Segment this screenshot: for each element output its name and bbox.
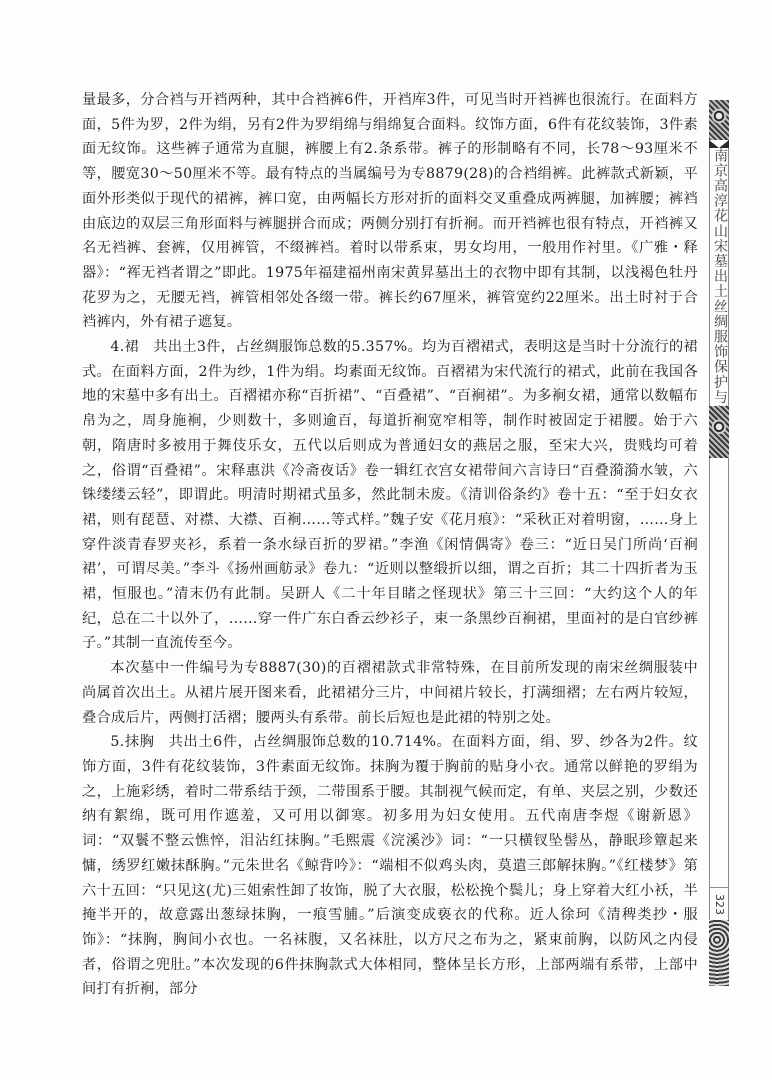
paragraph-text: 本次墓中一件编号为专8887(30)的百褶裙款式非常特殊，在目前所发现的南宋丝绸… [82,660,698,725]
running-title-sidebar: 南京高淳花山宋墓出土丝绸服饰保护与研究 323 [709,100,729,986]
paragraph-trousers-continued: 量最多，分合裆与开裆两种，其中合裆裤6件，开裆库3件，可见当时开裆裤也很流行。在… [82,88,698,335]
section-heading-bodice: 5.抹胸 [110,734,154,750]
ornament-middle-icon [709,406,729,458]
running-title: 南京高淳花山宋墓出土丝绸服饰保护与研究 [710,148,728,435]
paragraph-text: 量最多，分合裆与开裆两种，其中合裆裤6件，开裆库3件，可见当时开裆裤也很流行。在… [82,92,698,330]
ornament-top-icon [709,100,729,140]
paragraph-text: 共出土3件，占丝绸服饰总数的5.357%。均为百褶裙式，表明这是当时十分流行的裙… [82,339,698,651]
page-body: 量最多，分合裆与开裆两种，其中合裆裤6件，开裆库3件，可见当时开裆裤也很流行。在… [82,88,698,1002]
paragraph-text: 共出土6件，占丝绸服饰总数的10.714%。在面料方面，绢、罗、纱各为2件。纹饰… [82,734,698,997]
page-number-box: 323 [709,887,729,922]
paragraph-special-skirt: 本次墓中一件编号为专8887(30)的百褶裙款式非常特殊，在目前所发现的南宋丝绸… [82,656,698,730]
paragraph-skirt: 4.裙共出土3件，占丝绸服饰总数的5.357%。均为百褶裙式，表明这是当时十分流… [82,335,698,656]
paragraph-bodice: 5.抹胸共出土6件，占丝绸服饰总数的10.714%。在面料方面，绢、罗、纱各为2… [82,730,698,1002]
section-heading-skirt: 4.裙 [110,339,139,355]
ornament-bottom-icon [709,920,729,986]
page-number: 323 [713,894,726,915]
